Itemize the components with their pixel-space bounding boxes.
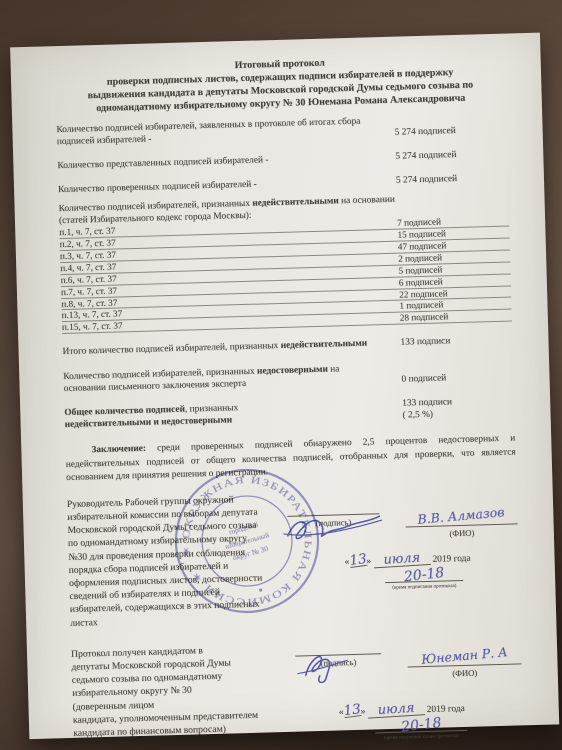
signature-scribble-icon [289, 648, 360, 684]
signing-block-commission: ✶ ОКРУЖНАЯ ИЗБИРАТЕЛЬНАЯ КОМИССИЯ ✶ горо… [67, 485, 521, 630]
count-row: Количество проверенных подписей избирате… [58, 172, 508, 197]
conclusion-bold: Заключение: [91, 444, 146, 456]
fio-cell: Юнеман Р. А (ФИО) [407, 649, 522, 680]
signing-block-candidate: Протокол получен кандидатом в депутаты М… [71, 635, 524, 750]
signature-cell: (подпись) [295, 653, 382, 683]
overall-label: Общее количество подписей, признанных не… [64, 398, 403, 431]
handwritten-name: Юнеман Р. А [421, 646, 508, 666]
unreliable-row: Количество подписей избирателей, признан… [63, 359, 513, 396]
fio-cell: В.В. Алмазов (ФИО) [405, 509, 518, 540]
total-invalid-row: Итого количество подписей избирателей, п… [62, 334, 512, 359]
total-invalid-bold: недействительными [281, 339, 368, 351]
overall-mid: , признанных [185, 403, 239, 414]
count-label: Количество подписей избирателей, заявлен… [56, 115, 395, 148]
date-year: 2019 года [432, 553, 470, 564]
signature-fio-row: (подпись) В.В. Алмазов (ФИО) [287, 509, 518, 543]
handwritten-name: В.В. Алмазов [417, 506, 505, 526]
count-label: Количество представленных подписей избир… [57, 151, 395, 172]
row-count: 28 подписей [400, 310, 512, 324]
conclusion-paragraph: Заключение: среди проверенных подписей о… [65, 433, 516, 486]
candidate-receipt-text: Протокол получен кандидатом в депутаты М… [71, 641, 298, 750]
count-value: 5 274 подписей [395, 148, 507, 163]
unreliable-bold: недостоверными [257, 365, 328, 377]
unreliable-label: Количество подписей избирателей, признан… [63, 362, 402, 395]
conclusion-text: среди проверенных подписей обнаружено 2,… [66, 434, 516, 484]
overall-bold2: недействительными и недостоверными [65, 416, 233, 431]
handwritten-day: 13 [348, 553, 367, 568]
commission-sign-area: (подпись) В.В. Алмазов (ФИО) «13» июля 2… [287, 485, 521, 623]
count-row: Количество подписей избирателей, заявлен… [56, 112, 506, 149]
overall-values: 133 подписи( 2,5 %) [402, 395, 515, 422]
document-title: Итоговый протокол проверки подписных лис… [55, 52, 506, 117]
signature-fio-row: (подпись) Юнеман Р. А (ФИО) [295, 649, 522, 683]
overall-value-percent: ( 2,5 %) [402, 410, 433, 421]
count-row: Количество представленных подписей избир… [57, 148, 507, 173]
total-invalid-pre: Итого количество подписей избирателей, п… [62, 341, 280, 357]
count-value: 5 274 подписей [396, 172, 508, 187]
total-invalid-label: Итого количество подписей избирателей, п… [62, 337, 400, 358]
fio-caption: (ФИО) [406, 525, 518, 540]
document-paper: Итоговый протокол проверки подписных лис… [10, 33, 559, 740]
time-wrap: 20-18 (время получения копии протокола) [375, 718, 467, 746]
overall-value-count: 133 подписи [402, 397, 452, 408]
candidate-sign-area: (подпись) Юнеман Р. А (ФИО) «13» июля 20… [295, 635, 524, 747]
time-caption: (время получения копии протокола) [384, 731, 459, 743]
commission-role-text: Руководитель Рабочей группы окружной изб… [67, 491, 309, 630]
unreliable-value: 0 подписей [401, 371, 513, 386]
overall-row: Общее количество подписей, признанных не… [64, 395, 514, 432]
time-wrap: 20-18 (время подписания протокола) [385, 568, 464, 595]
photo-background: { "d": { "title": "Итоговый протокол\nпр… [0, 0, 562, 750]
time-row: 20-18 (время получения копии протокола) [297, 713, 524, 747]
time-caption: (время подписания протокола) [392, 581, 456, 593]
fio-caption: (ФИО) [408, 665, 522, 680]
invalid-intro-bold: недействительными [252, 196, 339, 208]
handwritten-day: 13 [343, 703, 362, 718]
total-invalid-value: 133 подписи [400, 334, 512, 349]
count-value: 5 274 подписей [394, 124, 506, 139]
date-year: 2019 года [427, 704, 465, 715]
time-row: 20-18 (время подписания протокола) [289, 563, 520, 597]
signature-cell: (подпись) [287, 513, 380, 544]
count-label: Количество проверенных подписей избирате… [58, 175, 396, 196]
signature-scribble-icon [281, 509, 386, 544]
